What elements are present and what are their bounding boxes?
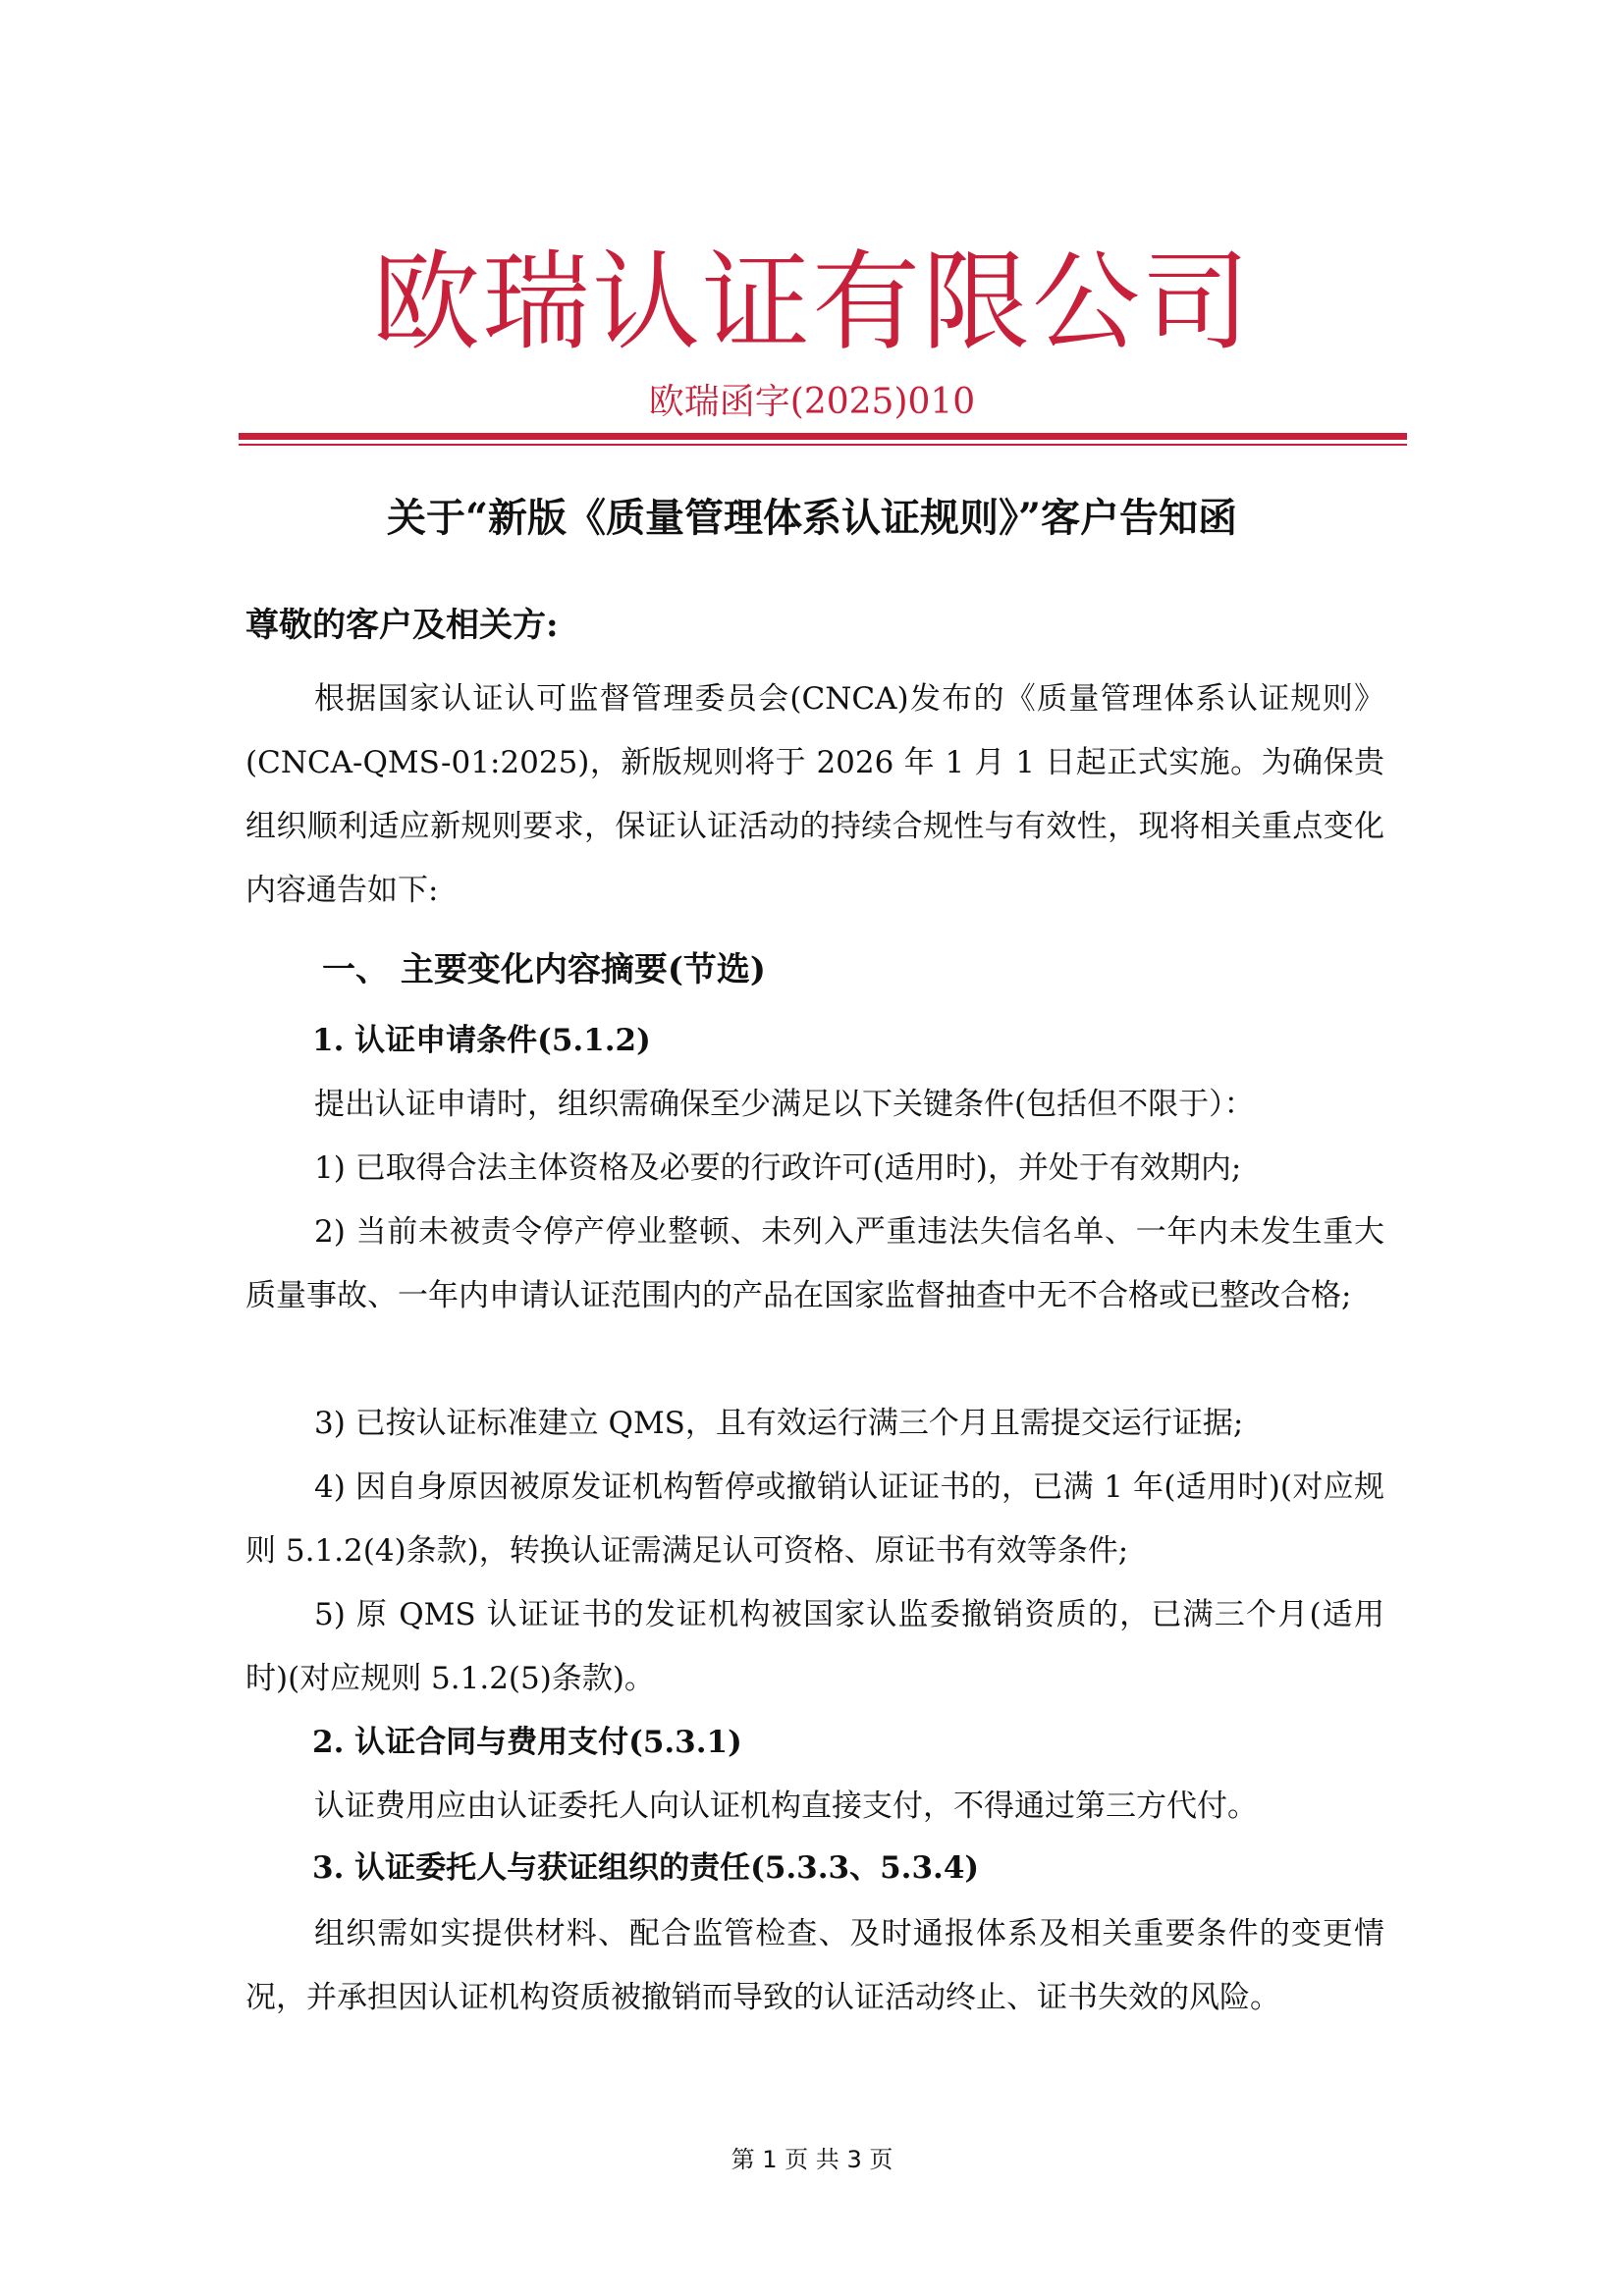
list-item: 5) 原 QMS 认证证书的发证机构被国家认监委撤销资质的，已满三个月(适用时)… [245,1583,1384,1711]
subsection-heading: 3. 认证委托人与获证组织的责任(5.3.3、5.3.4) [312,1839,979,1897]
section-heading: 一、 主要变化内容摘要(节选) [322,940,766,999]
header-divider-thick [239,433,1407,440]
subsection-lead: 组织需如实提供材料、配合监管检查、及时通报体系及相关重要条件的变更情况，并承担因… [245,1902,1384,2030]
list-item: 3) 已按认证标准建立 QMS，且有效运行满三个月且需提交运行证据; [245,1392,1384,1456]
subsection-lead: 提出认证申请时，组织需确保至少满足以下关键条件(包括但不限于）： [245,1073,1384,1137]
subsection-heading: 2. 认证合同与费用支付(5.3.1) [312,1713,742,1772]
letter-title: 关于“新版《质量管理体系认证规则》”客户告知函 [0,491,1624,546]
subsection-lead: 认证费用应由认证委托人向认证机构直接支付，不得通过第三方代付。 [245,1775,1384,1839]
company-name: 欧瑞认证有限公司 [0,243,1624,361]
page-number: 第 1 页 共 3 页 [0,2140,1624,2174]
list-item: 2) 当前未被责令停产停业整顿、未列入严重违法失信名单、一年内未发生重大质量事故… [245,1201,1384,1328]
list-item: 1) 已取得合法主体资格及必要的行政许可(适用时)，并处于有效期内; [245,1137,1384,1201]
subsection-heading: 1. 认证申请条件(5.1.2) [312,1011,651,1070]
greeting: 尊敬的客户及相关方: [245,601,559,650]
list-item: 4) 因自身原因被原发证机构暂停或撤销认证证书的，已满 1 年(适用时)(对应规… [245,1456,1384,1583]
document-number: 欧瑞函字(2025)010 [0,381,1624,424]
intro-paragraph: 根据国家认证认可监督管理委员会(CNCA)发布的《质量管理体系认证规则》(CNC… [245,667,1384,923]
header-divider-thin [239,444,1407,446]
